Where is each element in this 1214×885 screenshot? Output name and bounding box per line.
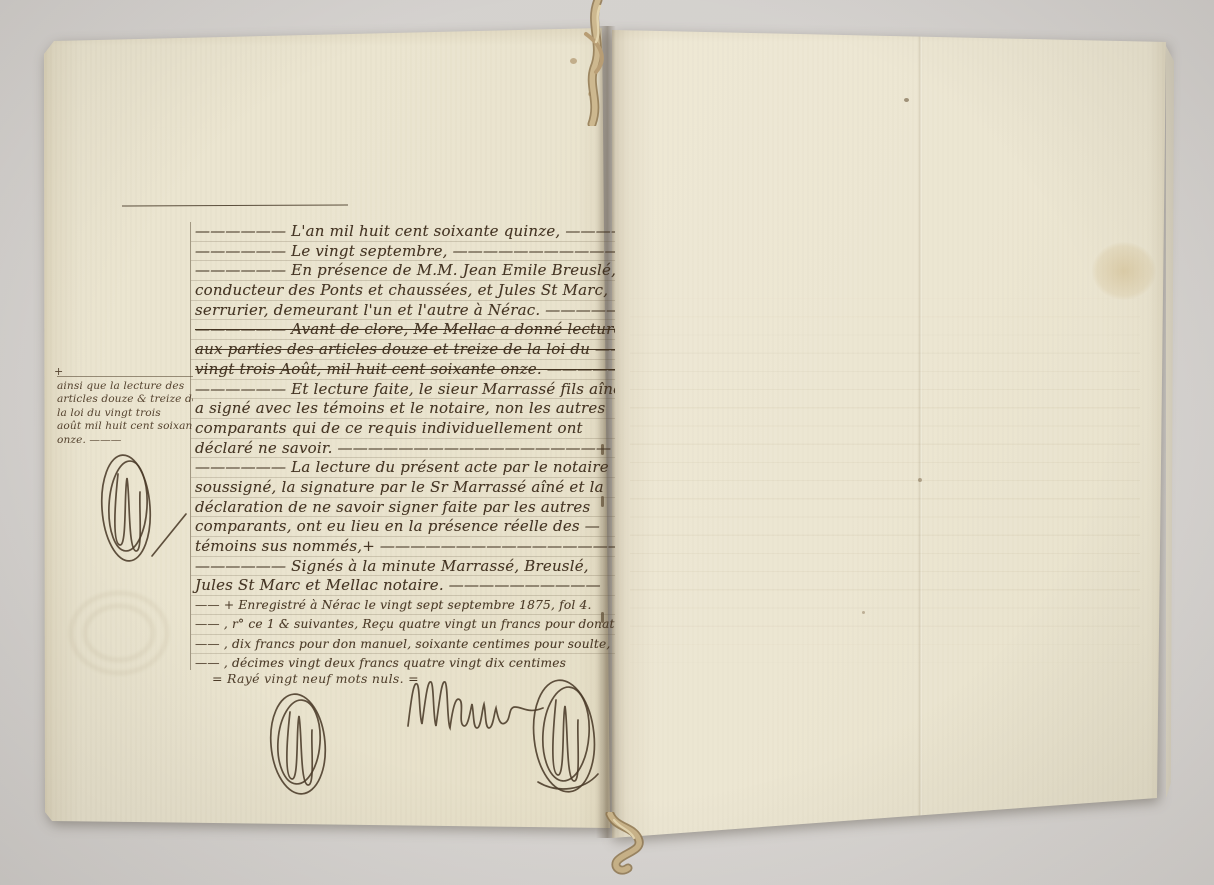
margin-reference-mark: + [54, 365, 63, 378]
manuscript-line: comparants, ont eu lieu en la présence r… [191, 517, 615, 537]
manuscript-line: —————— Et lecture faite, le sieur Marras… [191, 380, 615, 400]
manuscript-line: aux parties des articles douze et treize… [191, 340, 615, 360]
embossed-stamp-icon [66, 588, 172, 678]
manuscript-line: onze. ——— [57, 434, 193, 447]
binding-string-top-icon [556, 0, 636, 126]
margin-note-lines: ainsi que la lecture desarticles douze &… [57, 380, 193, 447]
manuscript-line: a signé avec les témoins et le notaire, … [191, 399, 615, 419]
manuscript-line: —————— L'an mil huit cent soixante quinz… [191, 222, 615, 242]
manuscript-line: —————— Le vingt septembre, ———————————— [191, 242, 615, 262]
paraphe-flourish-icon [266, 690, 332, 802]
manuscript-line: —————— La lecture du présent acte par le… [191, 458, 615, 478]
act-text-block: —————— L'an mil huit cent soixante quinz… [190, 222, 615, 670]
manuscript-line: ainsi que la lecture des [57, 380, 193, 393]
manuscript-line: —————— Signés à la minute Marrassé, Breu… [191, 557, 615, 577]
manuscript-line: témoins sus nommés,+ ———————————————— [191, 537, 615, 557]
header-rule-line [122, 205, 348, 210]
manuscript-line: conducteur des Ponts et chaussées, et Ju… [191, 281, 615, 301]
manuscript-line: déclaration de ne savoir signer faite pa… [191, 498, 615, 518]
manuscript-line: —————— En présence de M.M. Jean Emile Br… [191, 261, 615, 281]
manuscript-line: comparants qui de ce requis individuelle… [191, 419, 615, 439]
registration-lines: —— + Enregistré à Nérac le vingt sept se… [191, 596, 615, 670]
manuscript-line: soussigné, la signature par le Sr Marras… [191, 478, 615, 498]
manuscript-line: août mil huit cent soixante [57, 420, 193, 433]
manuscript-line: la loi du vingt trois [57, 407, 193, 420]
handwritten-ink-layer: —————— L'an mil huit cent soixante quinz… [0, 0, 1214, 885]
manuscript-line: —— , r° ce 1 & suivantes, Reçu quatre vi… [191, 615, 615, 634]
manuscript-line: Jules St Marc et Mellac notaire. ———————… [191, 576, 615, 596]
margin-note: + ainsi que la lecture desarticles douze… [57, 376, 193, 447]
manuscript-line: —— , décimes vingt deux francs quatre vi… [191, 654, 615, 670]
notary-signature-mellac-icon [404, 674, 546, 740]
manuscript-line: vingt trois Août, mil huit cent soixante… [191, 360, 615, 380]
manuscript-line: déclaré ne savoir. —————————————————— [191, 439, 615, 459]
paraphe-flourish-icon [100, 452, 192, 570]
binding-string-bottom-icon [580, 812, 670, 884]
photograph-of-document: —————— L'an mil huit cent soixante quinz… [0, 0, 1214, 885]
manuscript-line: —— , dix francs pour don manuel, soixant… [191, 635, 615, 654]
manuscript-line: —————— Avant de clore, Me Mellac a donné… [191, 320, 615, 340]
raye-annotation: = Rayé vingt neuf mots nuls. = [212, 671, 419, 686]
paraphe-flourish-icon [528, 678, 606, 800]
manuscript-line: —— + Enregistré à Nérac le vingt sept se… [191, 596, 615, 615]
manuscript-line: serrurier, demeurant l'un et l'autre à N… [191, 301, 615, 321]
manuscript-line: articles douze & treize de [57, 393, 193, 406]
act-main-lines: —————— L'an mil huit cent soixante quinz… [191, 222, 615, 596]
